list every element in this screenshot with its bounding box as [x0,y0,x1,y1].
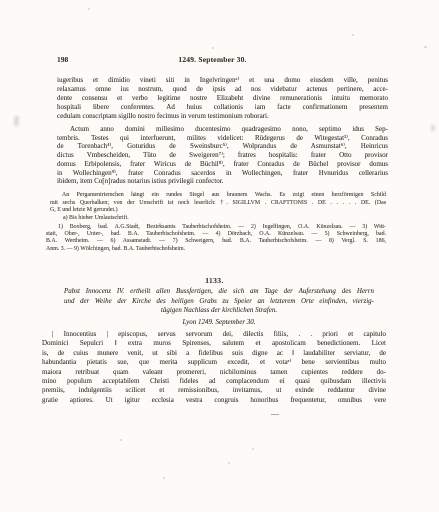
text-line: G, E und letzte M gerundet.) [50,207,386,215]
scan-mark [271,414,279,415]
text-line: de Torenbach⁴⁾, Goturidus de Sweinsburc⁵… [57,142,388,151]
scan-speck [88,8,90,10]
text-line: und der Weihe der Kirche des heiligen Gr… [64,297,374,307]
text-line: tägigen Nachlass der kirchlichen Strafen… [64,306,374,316]
text-line: Lyon 1249. September 30. [64,318,374,327]
text-line: dictus Vmbescheiden, Tüto de Sweigeren⁷⁾… [57,151,388,160]
footnote-line: Anm. 3. — 9) Wölchingen, bad. B.A. Taube… [46,246,386,253]
text-note-a: a) Bis hieher Umlautschrift. [63,215,383,223]
text-line: in Wollechingen⁹⁾, frater Conradus sacer… [57,169,388,178]
charter-body-paragraph: iugeribus et dimidio vineti siti in Inge… [57,76,388,121]
text-line: mit sechs Querbalken; von der Umschrift … [50,200,386,208]
text-line: domus Erbipolensis, frater Wiricus de Bü… [57,160,388,169]
text-line: Actum anno domini millesimo ducentesimo … [57,125,388,134]
seal-description: An Pergamentriemchen hängt ein rundes Si… [50,192,386,215]
actum-paragraph: Actum anno domini millesimo ducentesimo … [57,125,388,186]
text-line: hospitali libere conferentes. Ad huius c… [57,103,388,112]
text-line: dente consensu et verbo legitime nostre … [57,94,388,103]
scan-smudge [431,125,435,131]
text-line: cedulam conscriptam sigillo nostro fecim… [57,112,388,121]
charter-1133-paragraph: | Innocentius | episcopus, servus servor… [42,330,386,405]
text-line: habundantia pietatis sue, que merita sup… [42,358,386,367]
entry-number: 1133. [44,276,385,285]
text-line: Pabst Innocenz IV. ertheilt allen Bussfe… [64,287,374,297]
text-line: relaxamus omne ius nostrum, quod de ipsi… [57,85,388,94]
dateline: Lyon 1249. September 30. [64,318,374,327]
footnotes: 1) Boxberg, bad. A.G.Stadt, Bezirksamts … [46,224,386,253]
running-head: 1249. September 30. [47,55,378,64]
text-line: mino populum acceptabilem Christi fidele… [42,377,386,386]
scan-speck [228,462,230,464]
scan-speck [212,47,214,49]
text-line: Dominici Sepulcri ‖ extra muros Spirense… [42,339,386,348]
text-line: maiora retribuat quam valeant promereri,… [42,368,386,377]
scan-speck [424,46,427,48]
text-line: | Innocentius | episcopus, servus servor… [42,330,386,339]
text-line: a) Bis hieher Umlautschrift. [63,215,383,223]
scan-speck [252,448,254,450]
text-line: iugeribus et dimidio vineti siti in Inge… [57,76,388,85]
scan-speck [352,34,354,36]
text-line: gratie aptiores. Ut igitur ecclesia vest… [42,396,386,405]
scan-speck [120,439,122,441]
text-line: ibidem, item Co[n]radus notarius istius … [57,177,388,186]
text-line: is, de cuius munere venit, ut sibi a fid… [42,349,386,358]
scan-speck [163,477,165,479]
text-line: premiis, indulgentiis scilicet et remiss… [42,386,386,395]
regest: Pabst Innocenz IV. ertheilt allen Bussfe… [64,287,374,316]
text-line: An Pergamentriemchen hängt ein rundes Si… [50,192,386,200]
scan-smudge [14,116,19,126]
footnote-line: B.A. Wertheim. — 6) Assamstadt. — 7) Sch… [46,238,386,245]
